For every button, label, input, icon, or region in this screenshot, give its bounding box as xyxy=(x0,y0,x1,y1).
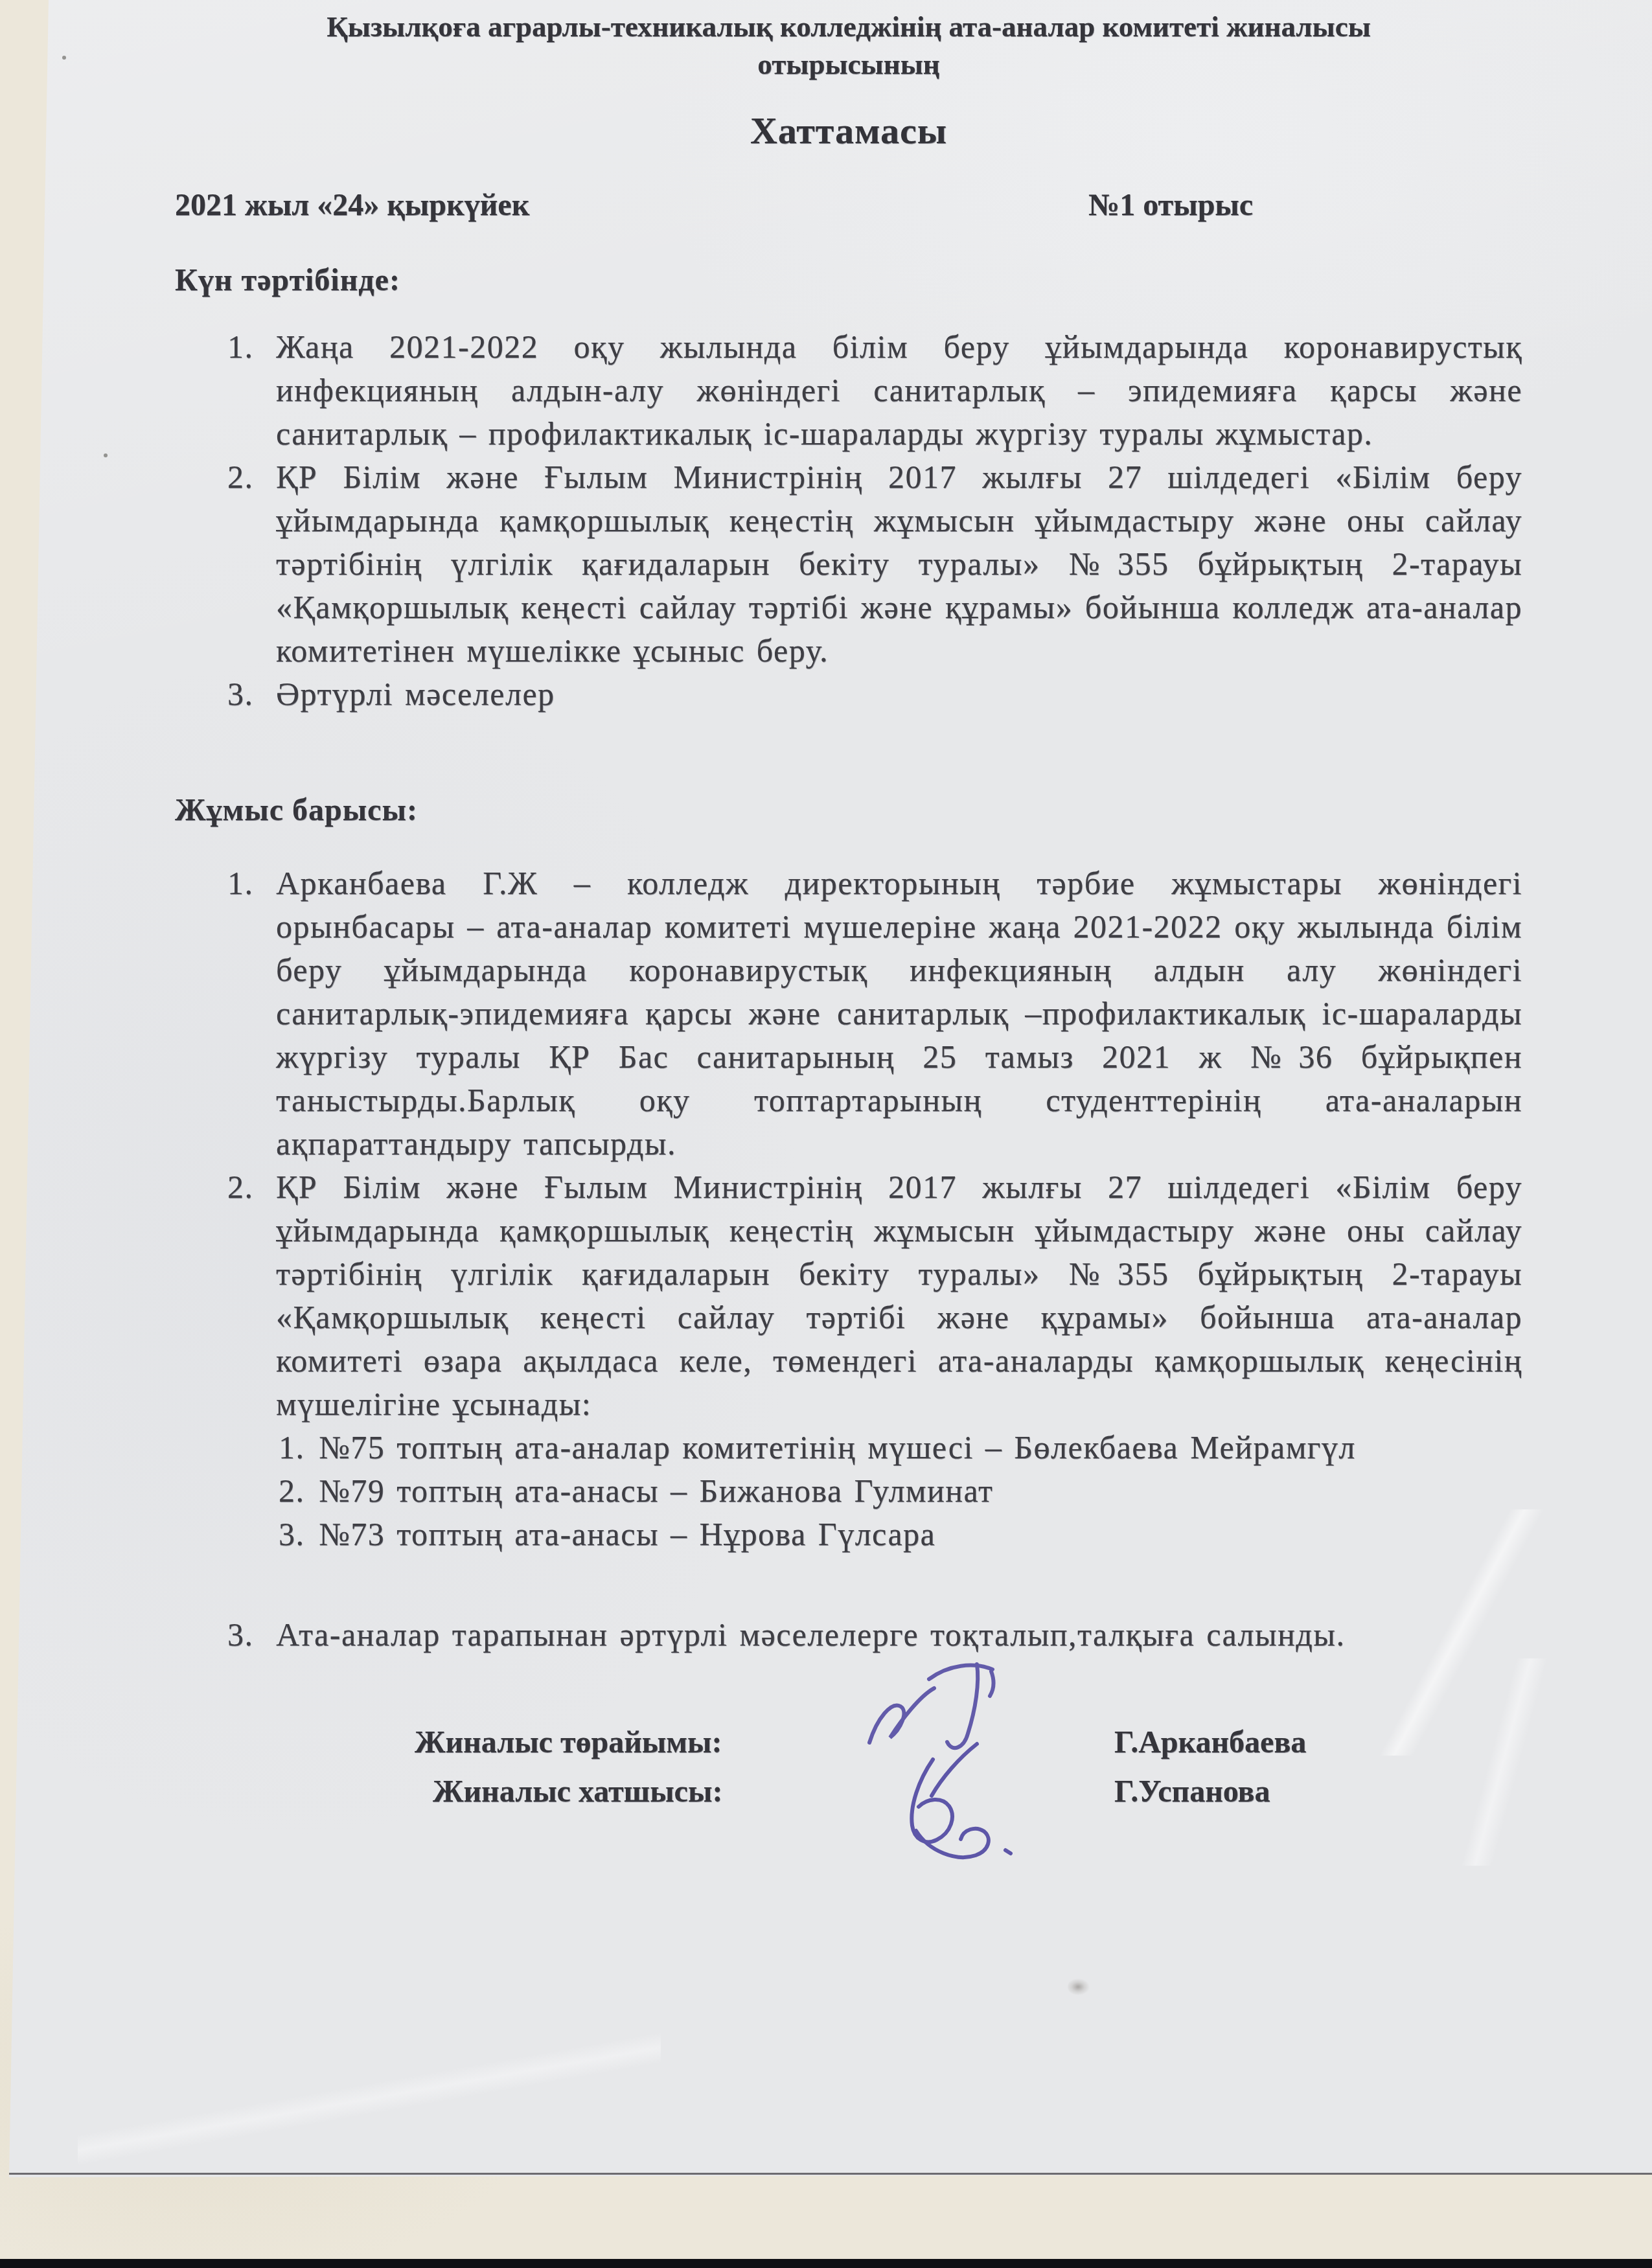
work-item-text: Арканбаева Г.Ж – колледж директорының тә… xyxy=(276,862,1522,1165)
signature-block: Жиналыс төрайымы: Г.Арканбаева Жиналыс х… xyxy=(175,1718,1522,1816)
chairperson-signature-row: Жиналыс төрайымы: Г.Арканбаева xyxy=(175,1718,1522,1767)
agenda-item-text: Жаңа 2021-2022 оқу жылында білім беру ұй… xyxy=(276,325,1522,455)
nominee-number: 3. xyxy=(279,1513,319,1556)
secretary-label: Жиналыс хатшысы: xyxy=(433,1767,722,1816)
nominee-item: 3. №73 топтың ата-анасы – Нұрова Гүлсара xyxy=(279,1513,1522,1556)
nominee-text: №75 топтың ата-аналар комитетінің мүшесі… xyxy=(319,1426,1356,1469)
work-progress-heading: Жұмыс барысы: xyxy=(175,792,1522,829)
nominee-item: 1. №75 топтың ата-аналар комитетінің мүш… xyxy=(279,1426,1522,1469)
nominee-text: №79 топтың ата-анасы – Бижанова Гулминат xyxy=(319,1469,993,1513)
protocol-title: Хаттамасы xyxy=(175,110,1522,152)
secretary-name: Г.Успанова xyxy=(1114,1767,1270,1816)
meta-row: 2021 жыл «24» қыркүйек №1 отырыс xyxy=(175,187,1522,224)
work-item-text: Ата-аналар тарапынан әртүрлі мәселелерге… xyxy=(276,1613,1522,1656)
session-number: №1 отырыс xyxy=(1088,187,1253,224)
nominee-item: 2. №79 топтың ата-анасы – Бижанова Гулми… xyxy=(279,1469,1522,1513)
document-title-line2: отырысының xyxy=(175,45,1522,83)
paper-stain xyxy=(1068,1976,1097,1998)
agenda-heading: Күн тәртібінде: xyxy=(175,262,1522,299)
agenda-list: 1. Жаңа 2021-2022 оқу жылында білім беру… xyxy=(175,325,1522,716)
chairperson-label: Жиналыс төрайымы: xyxy=(415,1718,722,1767)
nominee-text: №73 топтың ата-анасы – Нұрова Гүлсара xyxy=(319,1513,935,1556)
work-item-number: 1. xyxy=(227,862,276,1165)
work-item-text: ҚР Білім және Ғылым Министрінің 2017 жыл… xyxy=(276,1165,1522,1426)
dust-speck xyxy=(62,56,66,60)
agenda-item-number: 2. xyxy=(227,455,276,672)
chairperson-name: Г.Арканбаева xyxy=(1114,1718,1306,1767)
work-item: 1. Арканбаева Г.Ж – колледж директорының… xyxy=(175,862,1522,1165)
work-item: 2. ҚР Білім және Ғылым Министрінің 2017 … xyxy=(175,1165,1522,1426)
nominee-number: 2. xyxy=(279,1469,319,1513)
work-item-number: 2. xyxy=(227,1165,276,1426)
paper-bottom-edge xyxy=(9,2173,1652,2175)
agenda-item-text: ҚР Білім және Ғылым Министрінің 2017 жыл… xyxy=(276,455,1522,672)
agenda-item-number: 1. xyxy=(227,325,276,455)
agenda-item: 3. Әртүрлі мәселелер xyxy=(175,672,1522,716)
work-item: 3. Ата-аналар тарапынан әртүрлі мәселеле… xyxy=(175,1613,1522,1656)
scanned-protocol-document: Қызылқоға аграрлы-техникалық колледжінің… xyxy=(0,0,1652,2268)
secretary-signature-row: Жиналыс хатшысы: Г.Успанова xyxy=(175,1767,1522,1816)
meeting-date: 2021 жыл «24» қыркүйек xyxy=(175,188,529,222)
agenda-item: 1. Жаңа 2021-2022 оқу жылында білім беру… xyxy=(175,325,1522,455)
agenda-item-number: 3. xyxy=(227,672,276,716)
document-title-line1: Қызылқоға аграрлы-техникалық колледжінің… xyxy=(175,8,1522,45)
paper-crease xyxy=(78,2021,661,2177)
work-item-number: 3. xyxy=(227,1613,276,1656)
agenda-item-text: Әртүрлі мәселелер xyxy=(276,672,1522,716)
nominee-list: 1. №75 топтың ата-аналар комитетінің мүш… xyxy=(279,1426,1522,1556)
scan-bottom-bar xyxy=(0,2259,1652,2268)
work-progress-list: 1. Арканбаева Г.Ж – колледж директорының… xyxy=(175,862,1522,1656)
agenda-item: 2. ҚР Білім және Ғылым Министрінің 2017 … xyxy=(175,455,1522,672)
nominee-number: 1. xyxy=(279,1426,319,1469)
dust-speck xyxy=(104,453,108,457)
document-title: Қызылқоға аграрлы-техникалық колледжінің… xyxy=(175,8,1522,83)
